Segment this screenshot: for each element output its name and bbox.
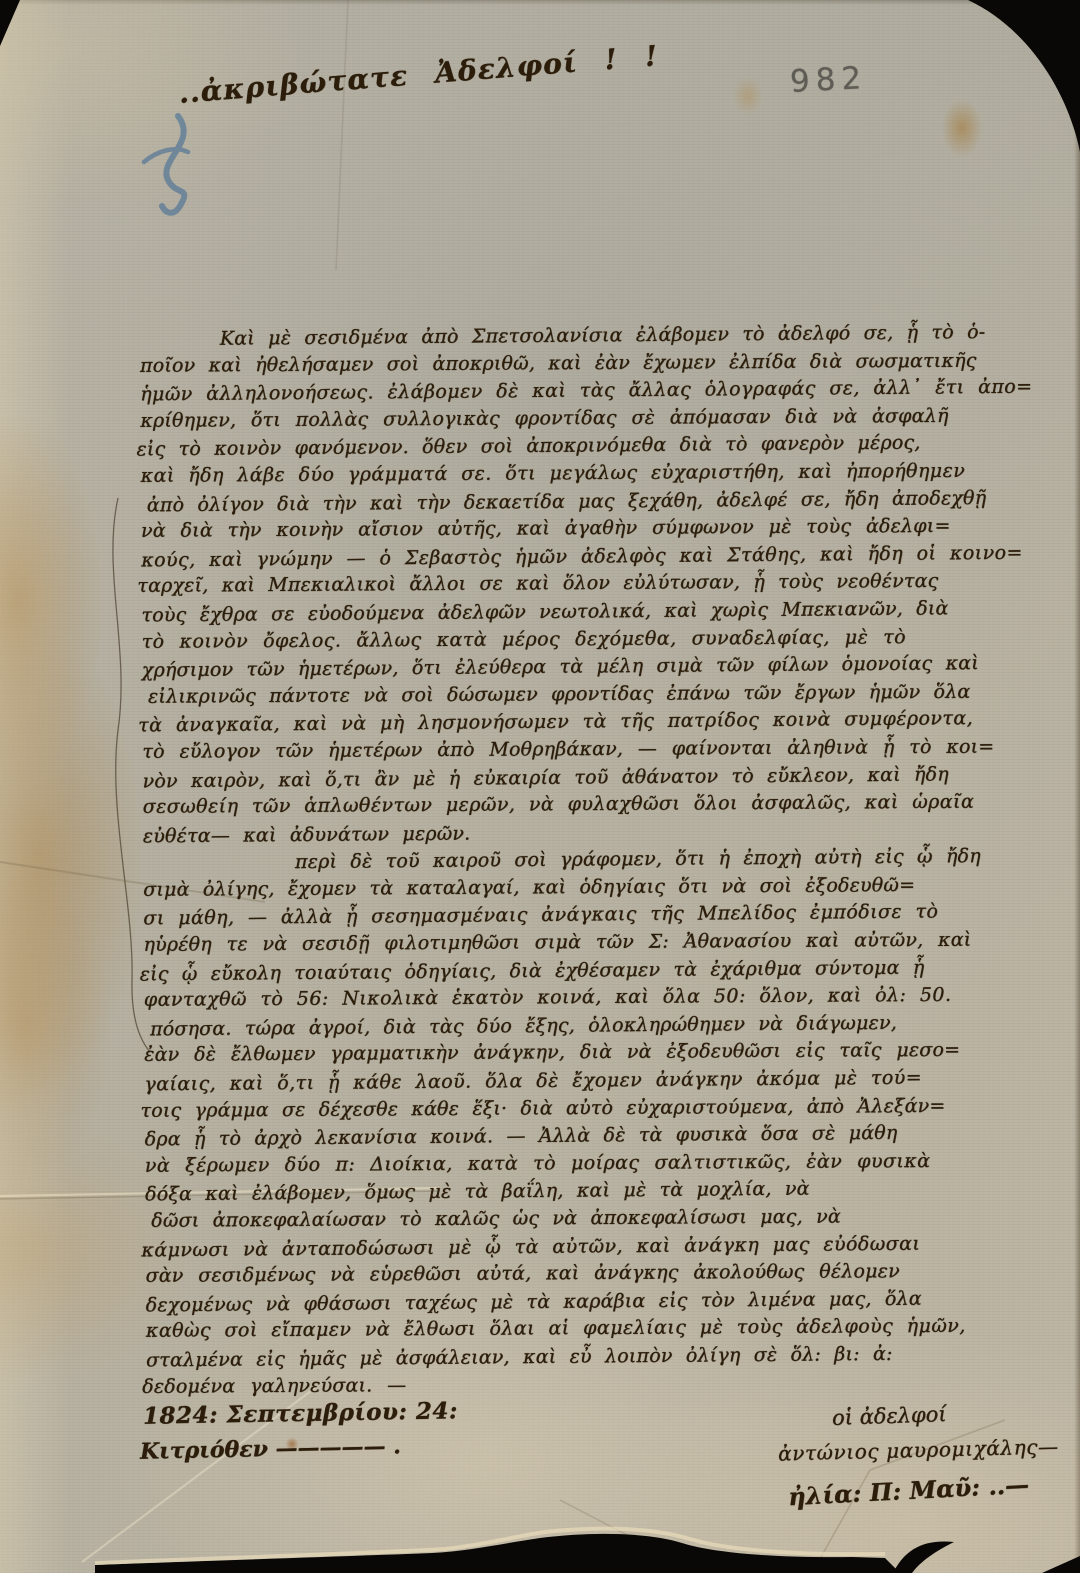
letter-body: Καὶ μὲ σεσιδμένα ἀπὸ Σπετσολανίσια ἐλάβο… (140, 319, 1067, 1401)
place-line: Κιτριόθεν ————— . (140, 1433, 401, 1464)
scanned-letter: 982 ..ἀκριβώτατε Ἀδελφοί ! ! Καὶ μὲ σεσι… (0, 0, 1080, 1573)
body-paragraph-2: περὶ δὲ τοῦ καιροῦ σοὶ γράφομεν, ὅτι ἡ ἐ… (143, 843, 1066, 1400)
date-line: 1824: Σεπτεμβρίου: 24: (143, 1397, 458, 1429)
body-paragraph-1: Καὶ μὲ σεσιδμένα ἀπὸ Σπετσολανίσια ἐλάβο… (140, 319, 1063, 849)
archive-number: 982 (789, 60, 868, 100)
closing-intro: οἱ ἀδελφοί (832, 1402, 947, 1430)
